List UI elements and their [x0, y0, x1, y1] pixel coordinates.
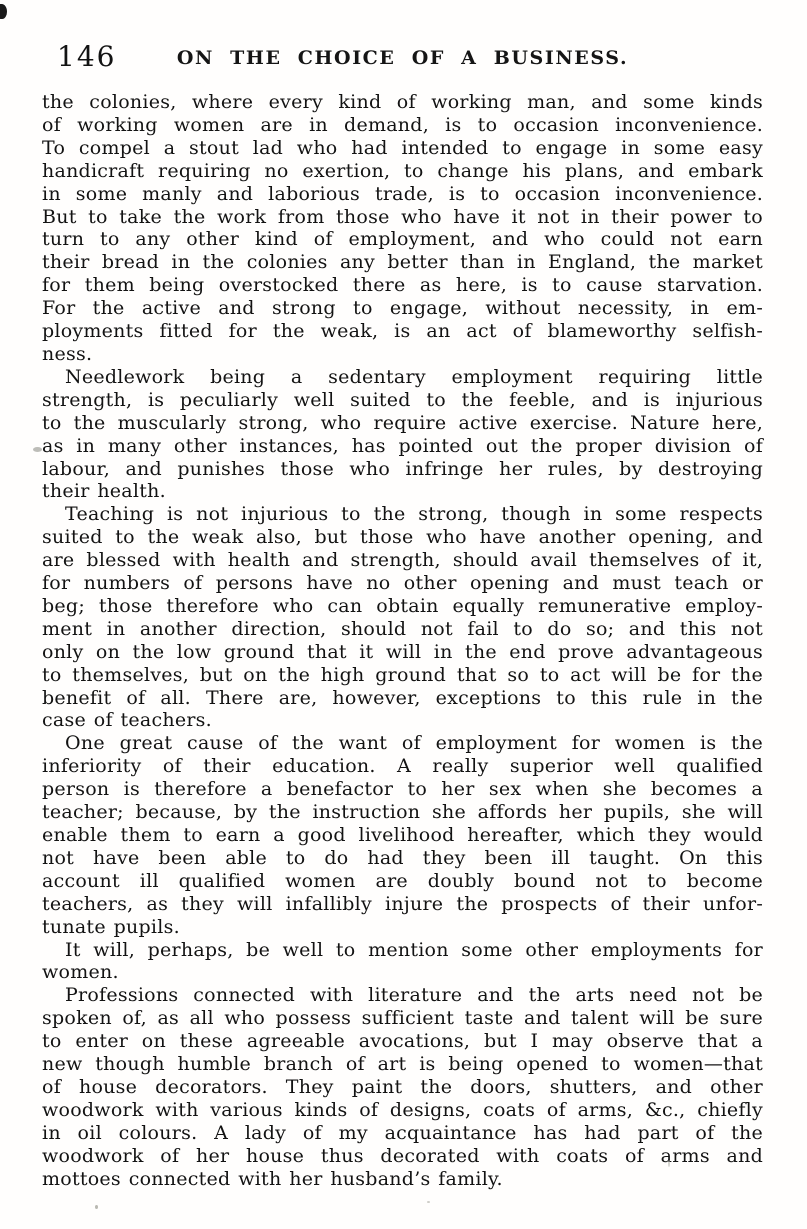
- text-line: as in many other instances, has pointed …: [42, 435, 763, 458]
- text-line: for them being overstocked there as here…: [42, 274, 763, 297]
- text-line: to enter on these agreeable avocations, …: [42, 1030, 763, 1053]
- text-line: suited to the weak also, but those who h…: [42, 526, 763, 549]
- text-line: teachers, as they will infallibly injure…: [42, 893, 763, 916]
- text-line: in oil colours. A lady of my acquaintanc…: [42, 1122, 763, 1145]
- text-line: Professions connected with literature an…: [42, 984, 763, 1007]
- body-text: the colonies, where every kind of workin…: [42, 91, 763, 1191]
- margin-smudge-artifact: [33, 447, 42, 452]
- text-line: ment in another direction, should not fa…: [42, 618, 763, 641]
- text-line: Teaching is not injurious to the strong,…: [42, 503, 763, 526]
- page-header: 146 ON THE CHOICE OF A BUSINESS.: [42, 44, 763, 74]
- text-line: of working women are in demand, is to oc…: [42, 114, 763, 137]
- text-line: benefit of all. There are, however, exce…: [42, 687, 763, 710]
- text-line: person is therefore a benefactor to her …: [42, 778, 763, 801]
- ink-blot-artifact: [0, 4, 7, 19]
- text-line: their bread in the colonies any better t…: [42, 251, 763, 274]
- text-line: not have been able to do had they been i…: [42, 847, 763, 870]
- text-line: in some manly and laborious trade, is to…: [42, 183, 763, 206]
- text-line: But to take the work from those who have…: [42, 206, 763, 229]
- text-line: of house decorators. They paint the door…: [42, 1076, 763, 1099]
- text-line: handicraft requiring no exertion, to cha…: [42, 160, 763, 183]
- text-line: for numbers of persons have no other ope…: [42, 572, 763, 595]
- text-line: ness.: [42, 343, 763, 366]
- text-line: their health.: [42, 480, 763, 503]
- text-line: the colonies, where every kind of workin…: [42, 91, 763, 114]
- text-line: strength, is peculiarly well suited to t…: [42, 389, 763, 412]
- text-line: spoken of, as all who possess sufficient…: [42, 1007, 763, 1030]
- text-line: turn to any other kind of employment, an…: [42, 228, 763, 251]
- text-line: Needlework being a sedentary employment …: [42, 366, 763, 389]
- text-line: woodwork with various kinds of designs, …: [42, 1099, 763, 1122]
- text-line: to the muscularly strong, who require ac…: [42, 412, 763, 435]
- running-title: ON THE CHOICE OF A BUSINESS.: [42, 44, 763, 69]
- text-line: are blessed with health and strength, sh…: [42, 549, 763, 572]
- text-line: mottoes connected with her husband’s fam…: [42, 1168, 763, 1191]
- text-line: account ill qualified women are doubly b…: [42, 870, 763, 893]
- ink-speck-artifact: [95, 1205, 98, 1209]
- text-line: woodwork of her house thus decorated wit…: [42, 1145, 763, 1168]
- text-line: women.: [42, 961, 763, 984]
- text-line: inferiority of their education. A really…: [42, 755, 763, 778]
- text-line: teacher; because, by the instruction she…: [42, 801, 763, 824]
- text-line: new though humble branch of art is being…: [42, 1053, 763, 1076]
- text-line: to themselves, but on the high ground th…: [42, 664, 763, 687]
- text-line: For the active and strong to engage, wit…: [42, 297, 763, 320]
- text-line: enable them to earn a good livelihood he…: [42, 824, 763, 847]
- ink-speck-artifact: [668, 1160, 670, 1167]
- text-line: case of teachers.: [42, 709, 763, 732]
- text-line: One great cause of the want of employmen…: [42, 732, 763, 755]
- ink-speck-artifact: [427, 1201, 430, 1203]
- text-line: beg; those therefore who can obtain equa…: [42, 595, 763, 618]
- text-line: only on the low ground that it will in t…: [42, 641, 763, 664]
- text-line: To compel a stout lad who had intended t…: [42, 137, 763, 160]
- page-number: 146: [57, 40, 116, 73]
- text-line: labour, and punishes those who infringe …: [42, 458, 763, 481]
- text-line: It will, perhaps, be well to mention som…: [42, 939, 763, 962]
- text-line: tunate pupils.: [42, 916, 763, 939]
- text-line: ployments fitted for the weak, is an act…: [42, 320, 763, 343]
- book-page: 146 ON THE CHOICE OF A BUSINESS. the col…: [0, 0, 807, 1229]
